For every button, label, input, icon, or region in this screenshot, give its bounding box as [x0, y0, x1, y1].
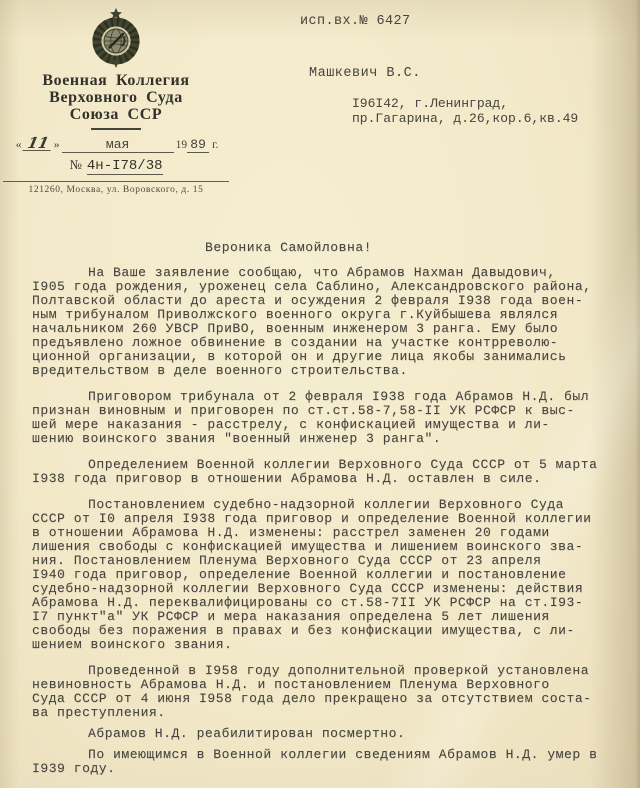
- handwritten-day: 11: [22, 136, 53, 151]
- letterhead-divider: [91, 128, 141, 130]
- paragraph-biography: На Ваше заявление сообщаю, что Абрамов Н…: [32, 266, 626, 378]
- paragraph-revisions: Постановлением судебно-надзорной коллеги…: [32, 498, 626, 652]
- year-printed: 19: [174, 138, 188, 152]
- paragraph-case-closed: Проведенной в I958 году дополнительной п…: [32, 664, 626, 720]
- paragraph-rehabilitated: Абрамов Н.Д. реабилитирован посмертно.: [32, 727, 626, 741]
- ussr-coat-of-arms-icon: [0, 8, 232, 68]
- date-line: « 11 » мая 19 89 г.: [0, 136, 232, 153]
- letterhead-address: 121260, Москва, ул. Воровского, д. 15: [0, 185, 232, 195]
- case-number-line: №4н-I78/38: [0, 157, 232, 174]
- paragraph-appeal-1938: Определением Военной коллегии Верховного…: [32, 458, 626, 486]
- letterhead-rule: [3, 181, 229, 182]
- paragraph-death-note: По имеющимся в Военной коллегии сведения…: [32, 748, 626, 776]
- close-quote: »: [52, 137, 62, 151]
- recipient-name: Машкевич В.С.: [309, 66, 421, 81]
- letterhead: Военная Коллегия Верховного Суда Союза С…: [0, 8, 232, 195]
- salutation: Вероника Самойловна!: [205, 241, 626, 255]
- date-month: мая: [62, 138, 174, 153]
- year-typed: 89: [187, 138, 209, 153]
- paragraph-sentence: Приговором трибунала от 2 февраля I938 г…: [32, 390, 626, 446]
- number-sign: №: [69, 157, 86, 172]
- recipient-address: I96I42, г.Ленинград, пр.Гагарина, д.26,к…: [352, 97, 578, 126]
- year-suffix: г.: [209, 138, 218, 152]
- incoming-number: исп.вх.№ 6427: [300, 14, 411, 29]
- case-number: 4н-I78/38: [87, 158, 163, 175]
- organization-name: Военная Коллегия Верховного Суда Союза С…: [0, 72, 232, 123]
- document-page: Военная Коллегия Верховного Суда Союза С…: [0, 0, 640, 788]
- letter-body: Вероника Самойловна! На Ваше заявление с…: [32, 241, 626, 783]
